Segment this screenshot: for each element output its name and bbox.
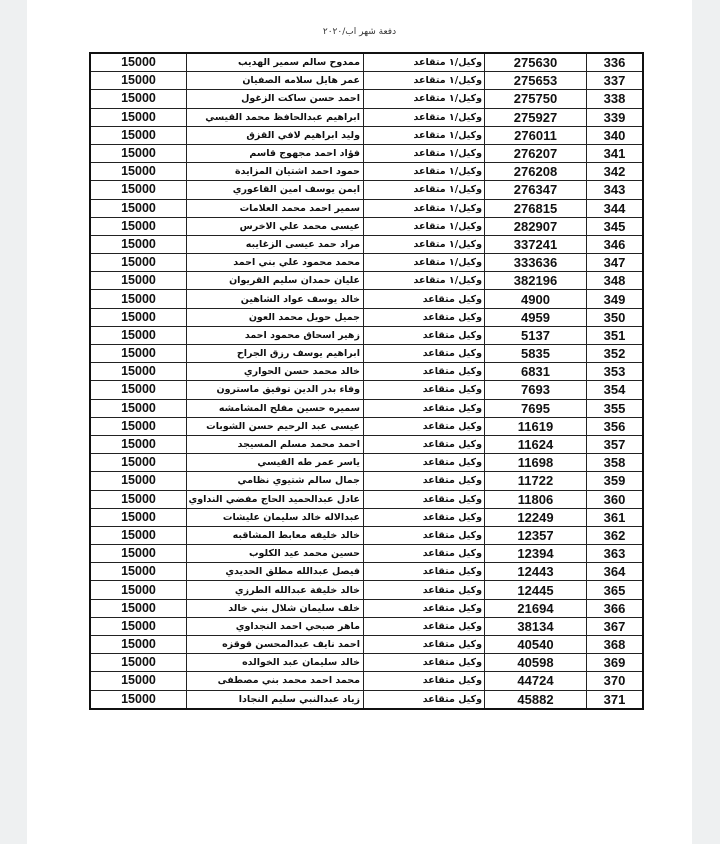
amount-cell: 15000: [90, 72, 187, 90]
name-cell: زهير اسحاق محمود احمد: [187, 326, 364, 344]
table-row: 15000جميل حويل محمد العونوكيل متقاعد4959…: [90, 308, 643, 326]
row-number-cell: 336: [587, 53, 644, 72]
row-number-cell: 340: [587, 126, 644, 144]
id-cell: 12394: [485, 545, 587, 563]
name-cell: وفاء بدر الدين توفيق ماسترون: [187, 381, 364, 399]
payments-table: 15000ممدوح سالم سمير الهديبوكيل/١ متقاعد…: [89, 52, 644, 710]
name-cell: فؤاد احمد مجهوج قاسم: [187, 144, 364, 162]
amount-cell: 15000: [90, 345, 187, 363]
row-number-cell: 365: [587, 581, 644, 599]
name-cell: عادل عبدالحميد الحاج مفضي النداوي: [187, 490, 364, 508]
amount-cell: 15000: [90, 290, 187, 308]
name-cell: زياد عبدالنبي سليم النجادا: [187, 690, 364, 709]
table-row: 15000عادل عبدالحميد الحاج مفضي النداويوك…: [90, 490, 643, 508]
id-cell: 40540: [485, 636, 587, 654]
table-row: 15000عيسى عبد الرحيم حسن الشوباتوكيل متق…: [90, 417, 643, 435]
type-cell: وكيل متقاعد: [364, 672, 485, 690]
type-cell: وكيل متقاعد: [364, 363, 485, 381]
id-cell: 7693: [485, 381, 587, 399]
id-cell: 282907: [485, 217, 587, 235]
name-cell: ابراهيم عبدالحافظ محمد القيسي: [187, 108, 364, 126]
amount-cell: 15000: [90, 381, 187, 399]
name-cell: احمد حسن ساكت الزغول: [187, 90, 364, 108]
id-cell: 5835: [485, 345, 587, 363]
row-number-cell: 357: [587, 435, 644, 453]
name-cell: ابراهيم يوسف رزق الجراح: [187, 345, 364, 363]
id-cell: 12357: [485, 526, 587, 544]
table-row: 15000ابراهيم يوسف رزق الجراحوكيل متقاعد5…: [90, 345, 643, 363]
type-cell: وكيل/١ متقاعد: [364, 108, 485, 126]
row-number-cell: 347: [587, 254, 644, 272]
amount-cell: 15000: [90, 399, 187, 417]
amount-cell: 15000: [90, 454, 187, 472]
row-number-cell: 339: [587, 108, 644, 126]
row-number-cell: 364: [587, 563, 644, 581]
id-cell: 12249: [485, 508, 587, 526]
amount-cell: 15000: [90, 599, 187, 617]
id-cell: 337241: [485, 235, 587, 253]
type-cell: وكيل متقاعد: [364, 399, 485, 417]
name-cell: ممدوح سالم سمير الهديب: [187, 53, 364, 72]
table-row: 15000فيصل عبدالله مطلق الحديديوكيل متقاع…: [90, 563, 643, 581]
amount-cell: 15000: [90, 199, 187, 217]
id-cell: 40598: [485, 654, 587, 672]
row-number-cell: 363: [587, 545, 644, 563]
amount-cell: 15000: [90, 144, 187, 162]
table-row: 15000خالد خليفه معابط المشاقبهوكيل متقاع…: [90, 526, 643, 544]
row-number-cell: 366: [587, 599, 644, 617]
id-cell: 7695: [485, 399, 587, 417]
name-cell: خلف سليمان شلال بني خالد: [187, 599, 364, 617]
amount-cell: 15000: [90, 563, 187, 581]
row-number-cell: 343: [587, 181, 644, 199]
amount-cell: 15000: [90, 472, 187, 490]
amount-cell: 15000: [90, 126, 187, 144]
amount-cell: 15000: [90, 181, 187, 199]
type-cell: وكيل متقاعد: [364, 636, 485, 654]
table-row: 15000ممدوح سالم سمير الهديبوكيل/١ متقاعد…: [90, 53, 643, 72]
type-cell: وكيل/١ متقاعد: [364, 53, 485, 72]
table-row: 15000ياسر عمر طه القيسيوكيل متقاعد116983…: [90, 454, 643, 472]
type-cell: وكيل متقاعد: [364, 435, 485, 453]
type-cell: وكيل/١ متقاعد: [364, 126, 485, 144]
table-row: 15000خلف سليمان شلال بني خالدوكيل متقاعد…: [90, 599, 643, 617]
table-row: 15000مراد حمد عيسى الزغايبهوكيل/١ متقاعد…: [90, 235, 643, 253]
name-cell: عبدالاله خالد سليمان عليشات: [187, 508, 364, 526]
row-number-cell: 362: [587, 526, 644, 544]
amount-cell: 15000: [90, 53, 187, 72]
id-cell: 275653: [485, 72, 587, 90]
name-cell: سميره حسين مفلح المشامشه: [187, 399, 364, 417]
type-cell: وكيل/١ متقاعد: [364, 144, 485, 162]
table-row: 15000عمر هايل سلامه الصفيانوكيل/١ متقاعد…: [90, 72, 643, 90]
row-number-cell: 355: [587, 399, 644, 417]
row-number-cell: 350: [587, 308, 644, 326]
amount-cell: 15000: [90, 672, 187, 690]
row-number-cell: 352: [587, 345, 644, 363]
amount-cell: 15000: [90, 217, 187, 235]
amount-cell: 15000: [90, 272, 187, 290]
table-row: 15000حسين محمد عيد الكلوبوكيل متقاعد1239…: [90, 545, 643, 563]
type-cell: وكيل/١ متقاعد: [364, 272, 485, 290]
name-cell: ياسر عمر طه القيسي: [187, 454, 364, 472]
type-cell: وكيل متقاعد: [364, 526, 485, 544]
id-cell: 276815: [485, 199, 587, 217]
table-row: 15000عبدالاله خالد سليمان عليشاتوكيل متق…: [90, 508, 643, 526]
id-cell: 4900: [485, 290, 587, 308]
table-row: 15000خالد خليفة عبدالله الطرزيوكيل متقاع…: [90, 581, 643, 599]
amount-cell: 15000: [90, 435, 187, 453]
name-cell: احمد نايف عبدالمحسن قوقزه: [187, 636, 364, 654]
type-cell: وكيل متقاعد: [364, 690, 485, 709]
table-row: 15000ايمن يوسف امين القاعوريوكيل/١ متقاع…: [90, 181, 643, 199]
type-cell: وكيل متقاعد: [364, 508, 485, 526]
table-row: 15000سميره حسين مفلح المشامشهوكيل متقاعد…: [90, 399, 643, 417]
id-cell: 276011: [485, 126, 587, 144]
name-cell: خالد خليفه معابط المشاقبه: [187, 526, 364, 544]
id-cell: 382196: [485, 272, 587, 290]
table-row: 15000محمد محمود علي بني احمدوكيل/١ متقاع…: [90, 254, 643, 272]
id-cell: 12443: [485, 563, 587, 581]
row-number-cell: 359: [587, 472, 644, 490]
amount-cell: 15000: [90, 545, 187, 563]
name-cell: وليد ابراهيم لافي القزق: [187, 126, 364, 144]
id-cell: 275630: [485, 53, 587, 72]
type-cell: وكيل متقاعد: [364, 654, 485, 672]
row-number-cell: 356: [587, 417, 644, 435]
table-row: 15000زياد عبدالنبي سليم النجاداوكيل متقا…: [90, 690, 643, 709]
row-number-cell: 369: [587, 654, 644, 672]
name-cell: مراد حمد عيسى الزغايبه: [187, 235, 364, 253]
id-cell: 11806: [485, 490, 587, 508]
name-cell: عيسى محمد علي الاخرس: [187, 217, 364, 235]
table-row: 15000سمير احمد محمد العلاماتوكيل/١ متقاع…: [90, 199, 643, 217]
name-cell: خالد سليمان عبد الخوالده: [187, 654, 364, 672]
id-cell: 44724: [485, 672, 587, 690]
id-cell: 11698: [485, 454, 587, 472]
amount-cell: 15000: [90, 617, 187, 635]
name-cell: محمد احمد محمد بني مصطفى: [187, 672, 364, 690]
name-cell: خالد خليفة عبدالله الطرزي: [187, 581, 364, 599]
row-number-cell: 361: [587, 508, 644, 526]
type-cell: وكيل متقاعد: [364, 345, 485, 363]
name-cell: جميل حويل محمد العون: [187, 308, 364, 326]
type-cell: وكيل متقاعد: [364, 381, 485, 399]
amount-cell: 15000: [90, 636, 187, 654]
type-cell: وكيل متقاعد: [364, 290, 485, 308]
type-cell: وكيل متقاعد: [364, 308, 485, 326]
amount-cell: 15000: [90, 235, 187, 253]
amount-cell: 15000: [90, 526, 187, 544]
type-cell: وكيل متقاعد: [364, 545, 485, 563]
row-number-cell: 345: [587, 217, 644, 235]
type-cell: وكيل متقاعد: [364, 454, 485, 472]
table-row: 15000احمد نايف عبدالمحسن قوقزهوكيل متقاع…: [90, 636, 643, 654]
table-row: 15000خالد محمد حسن الحواريوكيل متقاعد683…: [90, 363, 643, 381]
id-cell: 4959: [485, 308, 587, 326]
row-number-cell: 370: [587, 672, 644, 690]
row-number-cell: 368: [587, 636, 644, 654]
amount-cell: 15000: [90, 654, 187, 672]
id-cell: 5137: [485, 326, 587, 344]
table-row: 15000وليد ابراهيم لافي القزقوكيل/١ متقاع…: [90, 126, 643, 144]
type-cell: وكيل/١ متقاعد: [364, 199, 485, 217]
type-cell: وكيل/١ متقاعد: [364, 181, 485, 199]
table-row: 15000زهير اسحاق محمود احمدوكيل متقاعد513…: [90, 326, 643, 344]
name-cell: عيسى عبد الرحيم حسن الشوبات: [187, 417, 364, 435]
table-row: 15000خالد يوسف عواد الشاهينوكيل متقاعد49…: [90, 290, 643, 308]
id-cell: 11619: [485, 417, 587, 435]
amount-cell: 15000: [90, 308, 187, 326]
row-number-cell: 338: [587, 90, 644, 108]
row-number-cell: 342: [587, 163, 644, 181]
table-row: 15000وفاء بدر الدين توفيق ماسترونوكيل مت…: [90, 381, 643, 399]
amount-cell: 15000: [90, 508, 187, 526]
table-row: 15000احمد حسن ساكت الزغولوكيل/١ متقاعد27…: [90, 90, 643, 108]
id-cell: 21694: [485, 599, 587, 617]
name-cell: حمود احمد اشتيان المزايدة: [187, 163, 364, 181]
type-cell: وكيل/١ متقاعد: [364, 163, 485, 181]
row-number-cell: 341: [587, 144, 644, 162]
amount-cell: 15000: [90, 90, 187, 108]
table-row: 15000احمد محمد مسلم المسيجدوكيل متقاعد11…: [90, 435, 643, 453]
row-number-cell: 367: [587, 617, 644, 635]
name-cell: خالد يوسف عواد الشاهين: [187, 290, 364, 308]
amount-cell: 15000: [90, 326, 187, 344]
row-number-cell: 349: [587, 290, 644, 308]
name-cell: عليان حمدان سليم القريوان: [187, 272, 364, 290]
id-cell: 11722: [485, 472, 587, 490]
amount-cell: 15000: [90, 417, 187, 435]
amount-cell: 15000: [90, 363, 187, 381]
row-number-cell: 354: [587, 381, 644, 399]
name-cell: سمير احمد محمد العلامات: [187, 199, 364, 217]
row-number-cell: 360: [587, 490, 644, 508]
name-cell: عمر هايل سلامه الصفيان: [187, 72, 364, 90]
row-number-cell: 337: [587, 72, 644, 90]
table-row: 15000محمد احمد محمد بني مصطفىوكيل متقاعد…: [90, 672, 643, 690]
row-number-cell: 371: [587, 690, 644, 709]
type-cell: وكيل متقاعد: [364, 472, 485, 490]
table-row: 15000عليان حمدان سليم القريوانوكيل/١ متق…: [90, 272, 643, 290]
id-cell: 45882: [485, 690, 587, 709]
row-number-cell: 353: [587, 363, 644, 381]
row-number-cell: 351: [587, 326, 644, 344]
id-cell: 276208: [485, 163, 587, 181]
id-cell: 11624: [485, 435, 587, 453]
type-cell: وكيل متقاعد: [364, 599, 485, 617]
name-cell: خالد محمد حسن الحواري: [187, 363, 364, 381]
table-row: 15000خالد سليمان عبد الخوالدهوكيل متقاعد…: [90, 654, 643, 672]
name-cell: احمد محمد مسلم المسيجد: [187, 435, 364, 453]
name-cell: جمال سالم شتيوي نظامي: [187, 472, 364, 490]
table-row: 15000ماهر صبحي احمد النجداويوكيل متقاعد3…: [90, 617, 643, 635]
table-row: 15000عيسى محمد علي الاخرسوكيل/١ متقاعد28…: [90, 217, 643, 235]
id-cell: 333636: [485, 254, 587, 272]
amount-cell: 15000: [90, 254, 187, 272]
type-cell: وكيل/١ متقاعد: [364, 235, 485, 253]
document-page: دفعة شهر اب/٢٠٢٠ 15000ممدوح سالم سمير ال…: [27, 0, 692, 844]
id-cell: 275750: [485, 90, 587, 108]
type-cell: وكيل متقاعد: [364, 581, 485, 599]
table-row: 15000حمود احمد اشتيان المزايدةوكيل/١ متق…: [90, 163, 643, 181]
row-number-cell: 358: [587, 454, 644, 472]
type-cell: وكيل متقاعد: [364, 617, 485, 635]
amount-cell: 15000: [90, 163, 187, 181]
name-cell: ماهر صبحي احمد النجداوي: [187, 617, 364, 635]
name-cell: ايمن يوسف امين القاعوري: [187, 181, 364, 199]
type-cell: وكيل/١ متقاعد: [364, 254, 485, 272]
id-cell: 276347: [485, 181, 587, 199]
id-cell: 6831: [485, 363, 587, 381]
type-cell: وكيل متقاعد: [364, 417, 485, 435]
table-row: 15000جمال سالم شتيوي نظاميوكيل متقاعد117…: [90, 472, 643, 490]
id-cell: 38134: [485, 617, 587, 635]
document-title: دفعة شهر اب/٢٠٢٠: [27, 27, 692, 37]
amount-cell: 15000: [90, 581, 187, 599]
id-cell: 276207: [485, 144, 587, 162]
name-cell: محمد محمود علي بني احمد: [187, 254, 364, 272]
amount-cell: 15000: [90, 490, 187, 508]
name-cell: فيصل عبدالله مطلق الحديدي: [187, 563, 364, 581]
row-number-cell: 348: [587, 272, 644, 290]
amount-cell: 15000: [90, 690, 187, 709]
type-cell: وكيل/١ متقاعد: [364, 90, 485, 108]
type-cell: وكيل متقاعد: [364, 326, 485, 344]
table-row: 15000فؤاد احمد مجهوج قاسموكيل/١ متقاعد27…: [90, 144, 643, 162]
table-row: 15000ابراهيم عبدالحافظ محمد القيسيوكيل/١…: [90, 108, 643, 126]
type-cell: وكيل/١ متقاعد: [364, 217, 485, 235]
row-number-cell: 344: [587, 199, 644, 217]
row-number-cell: 346: [587, 235, 644, 253]
name-cell: حسين محمد عيد الكلوب: [187, 545, 364, 563]
type-cell: وكيل متقاعد: [364, 490, 485, 508]
id-cell: 12445: [485, 581, 587, 599]
type-cell: وكيل متقاعد: [364, 563, 485, 581]
id-cell: 275927: [485, 108, 587, 126]
amount-cell: 15000: [90, 108, 187, 126]
type-cell: وكيل/١ متقاعد: [364, 72, 485, 90]
